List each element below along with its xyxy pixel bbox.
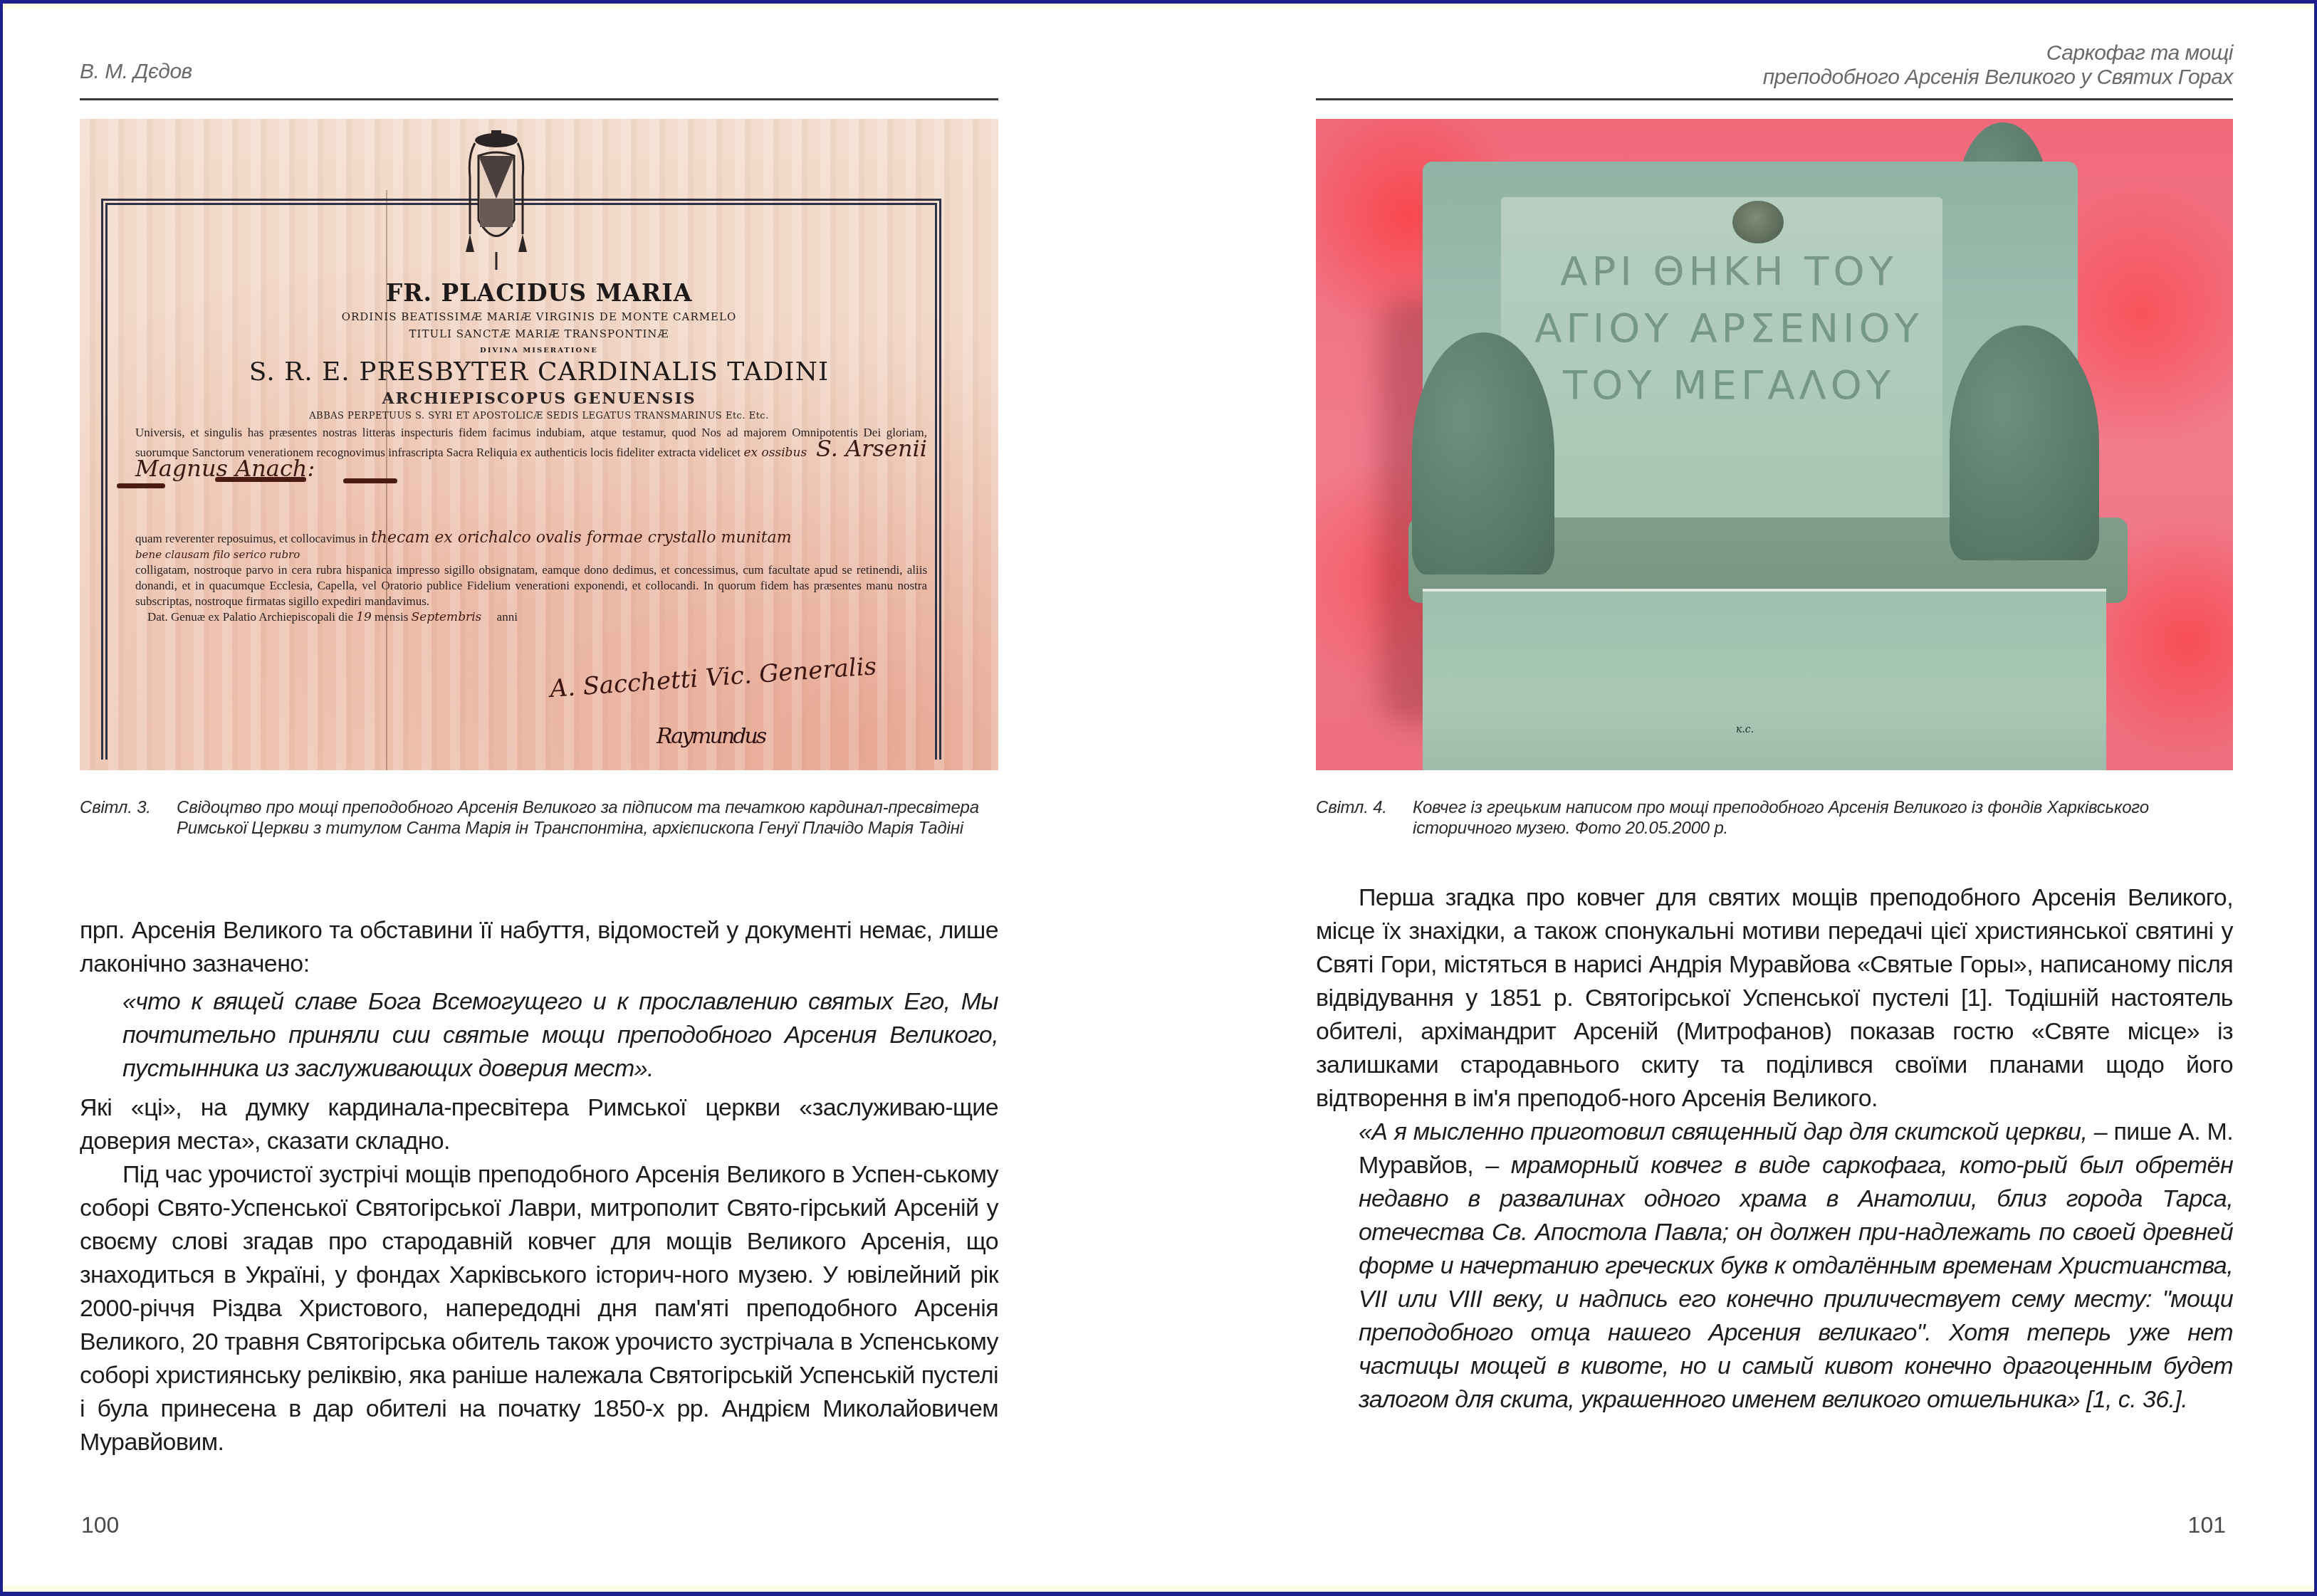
handwriting: Septembris [412, 610, 482, 624]
certificate-para: Universis, et singulis has præsentes nos… [135, 426, 927, 459]
certificate-title: FR. PLACIDUS MARIA [80, 279, 998, 307]
figure-label: Світл. 3. [80, 797, 177, 839]
figure-certificate: FR. PLACIDUS MARIA ORDINIS BEATISSIMÆ MA… [80, 119, 998, 770]
inscription-line: ΤΟΥ ΜΕΓΑΛΟΥ [1529, 357, 1928, 414]
certificate-photo: FR. PLACIDUS MARIA ORDINIS BEATISSIMÆ MA… [80, 119, 998, 770]
ink-strikeout [343, 478, 397, 483]
block-quote: «что к вящей славе Бога Всемогущего и к … [80, 985, 998, 1086]
figure-caption: Світл. 3. Свідоцтво про мощі преподобног… [80, 797, 998, 839]
inscription-line: ΑΓΙΟΥ ΑΡΣΕΝΙΟΥ [1529, 300, 1928, 357]
certificate-para: colligatam, nostroque parvo in cera rubr… [135, 563, 927, 608]
handwriting: thecam ex orichalco ovalis formae crysta… [371, 529, 792, 547]
reliquary-chest [1423, 589, 2106, 770]
body-text: прп. Арсенія Великого та обставини її на… [80, 914, 998, 1459]
inventory-mark: к.с. [1736, 724, 1754, 735]
certificate-para: quam reverenter reposuimus, et collocavi… [135, 532, 368, 545]
figure-caption-text: Свідоцтво про мощі преподобного Арсенія … [177, 797, 998, 839]
quote-text: мраморный ковчег в виде саркофага, кото-… [1359, 1152, 2233, 1413]
certificate-line: TITULI SANCTÆ MARIÆ TRANSPONTINÆ [80, 327, 998, 340]
running-head-title: Саркофаг та мощі преподобного Арсенія Ве… [1316, 41, 2233, 90]
figure-caption-text: Ковчег із грецьким написом про мощі преп… [1413, 797, 2233, 839]
reliquary-photo: ΑΡΙ ΘΗΚΗ ΤΟΥ ΑΓΙΟΥ ΑΡΣΕΝΙΟΥ ΤΟΥ ΜΕΓΑΛΟΥ … [1316, 119, 2233, 770]
paragraph: Під час урочистої зустрічі мощів преподо… [80, 1158, 998, 1459]
figure-label: Світл. 4. [1316, 797, 1413, 839]
lid-acroterion [1950, 325, 2099, 560]
certificate-date: Dat. Genuæ ex Palatio Archiepiscopali di… [147, 610, 353, 624]
handwriting: ex ossibus [743, 446, 807, 460]
certificate-line: ARCHIEPISCOPUS GENUENSIS [80, 389, 998, 408]
figure-reliquary: ΑΡΙ ΘΗΚΗ ΤΟΥ ΑΓΙΟΥ ΑΡΣΕΝΙΟΥ ΤΟΥ ΜΕΓΑΛΟΥ … [1316, 119, 2233, 770]
handwriting: 19 [356, 610, 372, 624]
block-quote: «А я мысленно приготовил священный дар д… [1316, 1115, 2233, 1417]
certificate-line: ABBAS PERPETUUS S. SYRI ET APOSTOLICÆ SE… [80, 411, 998, 421]
running-head-author: В. М. Дєдов [80, 60, 998, 84]
lid-knob [1732, 201, 1784, 243]
running-head-line: преподобного Арсенія Великого у Святих Г… [1316, 65, 2233, 90]
certificate-date: anni [497, 610, 518, 624]
header-rule [80, 98, 998, 100]
cardinal-coat-of-arms-icon [464, 127, 528, 273]
body-text: Перша згадка про ковчег для святих мощів… [1316, 881, 2233, 1417]
left-page: В. М. Дєдов FR. PLACIDUS MARIA ORDINIS B… [80, 0, 998, 1596]
page-number: 101 [2188, 1512, 2226, 1538]
certificate-line: DIVINA MISERATIONE [80, 347, 998, 355]
paragraph: Перша згадка про ковчег для святих мощів… [1316, 881, 2233, 1115]
paragraph: Які «ці», на думку кардинала-пресвітера … [80, 1091, 998, 1158]
certificate-line: ORDINIS BEATISSIMÆ MARIÆ VIRGINIS DE MON… [80, 310, 998, 323]
page-number: 100 [81, 1512, 119, 1538]
certificate-body: Universis, et singulis has præsentes nos… [135, 425, 927, 625]
ink-strikeout [117, 483, 165, 488]
ink-strikeout [215, 477, 306, 482]
certificate-date: mensis [375, 610, 408, 624]
quote-text: «А я мысленно приготовил священный дар д… [1359, 1118, 2107, 1145]
figure-caption: Світл. 4. Ковчег із грецьким написом про… [1316, 797, 2233, 839]
lid-acroterion [1412, 332, 1554, 574]
inscription-line: ΑΡΙ ΘΗΚΗ ΤΟΥ [1529, 243, 1928, 300]
header-rule [1316, 98, 2233, 100]
greek-inscription: ΑΡΙ ΘΗΚΗ ΤΟΥ ΑΓΙΟΥ ΑΡΣΕΝΙΟΥ ΤΟΥ ΜΕΓΑΛΟΥ [1529, 243, 1928, 414]
signature: Raymundus [657, 724, 765, 749]
certificate-line: S. R. E. PRESBYTER CARDINALIS TADINI [80, 357, 998, 387]
handwriting: bene clausam filo serico rubro [135, 548, 300, 561]
right-page: Саркофаг та мощі преподобного Арсенія Ве… [1316, 0, 2233, 1596]
running-head-line: Саркофаг та мощі [1316, 41, 2233, 65]
paragraph: прп. Арсенія Великого та обставини її на… [80, 914, 998, 981]
